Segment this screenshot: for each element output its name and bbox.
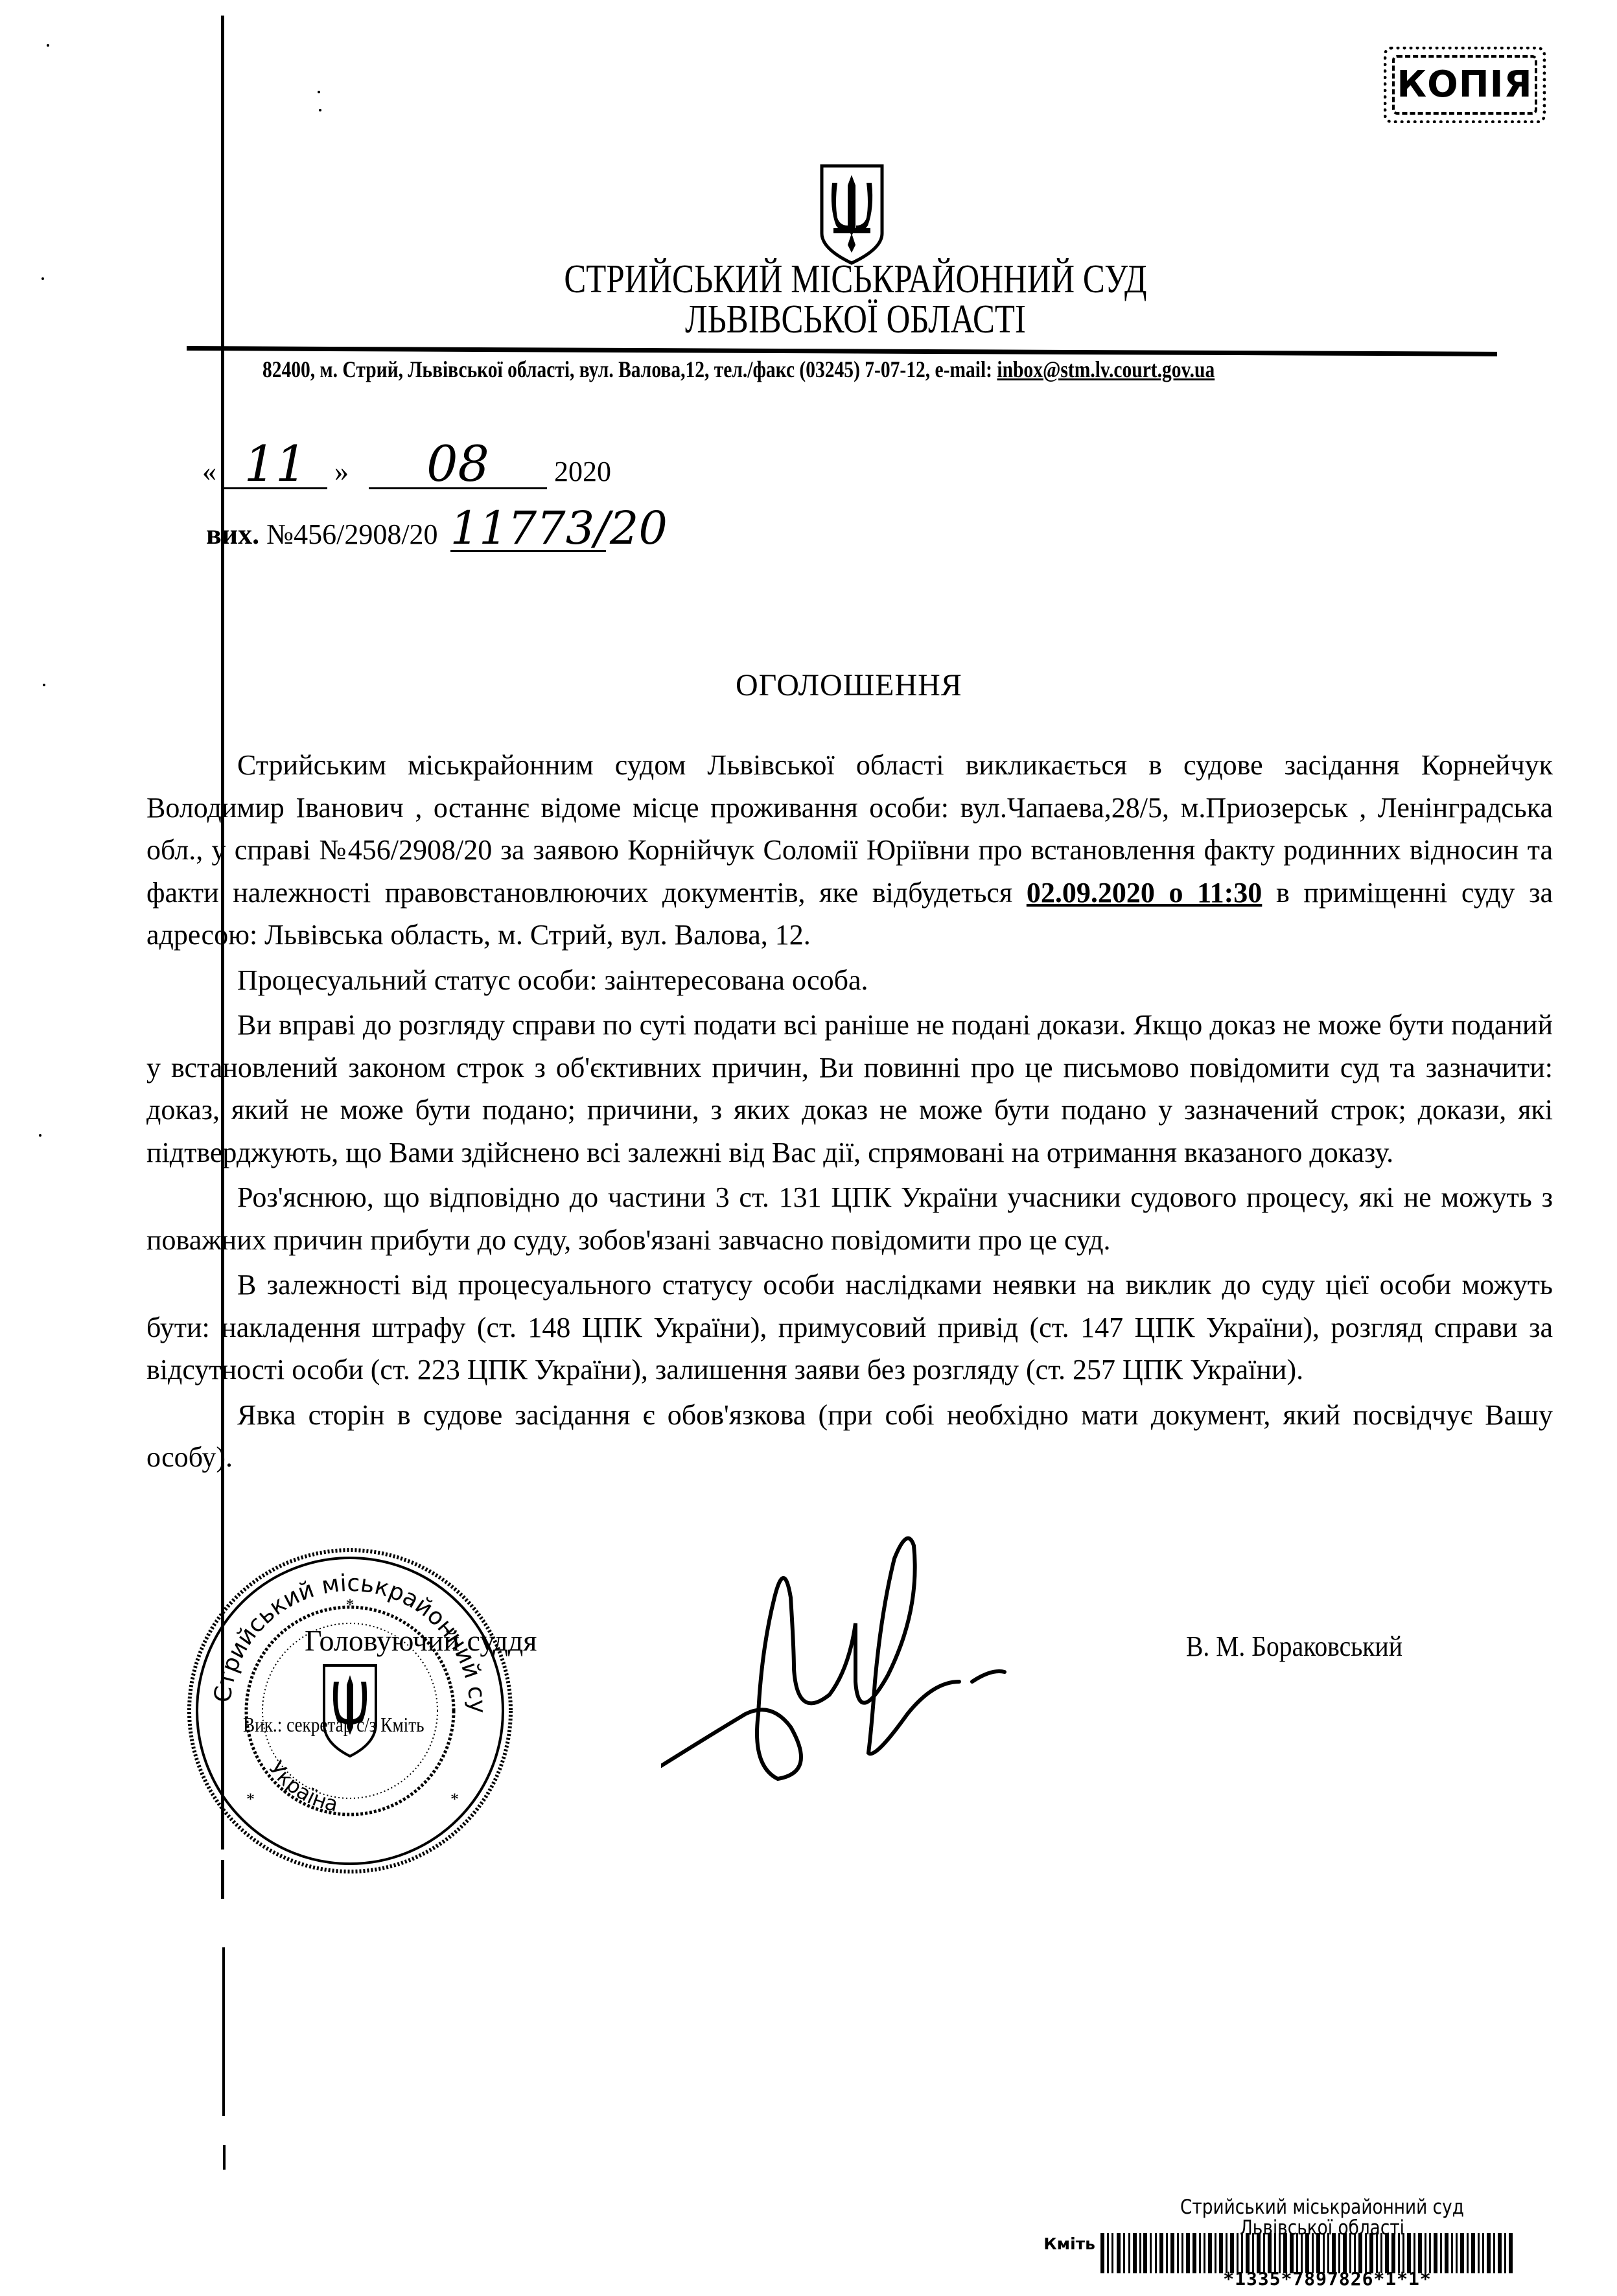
date-close-quote: »	[334, 456, 349, 487]
barcode-org-line1: Стрийський міськрайонний суд	[1179, 2196, 1465, 2219]
document-body: Стрийським міськрайонним судом Львівсько…	[146, 744, 1553, 1479]
date-year: 2020	[554, 456, 611, 487]
court-seal-icon: Стрийський міськрайонний суд Львівської …	[185, 1546, 515, 1876]
barcode-number: *1335*7897826*1*1*	[1165, 2268, 1489, 2290]
svg-text:*: *	[346, 1595, 355, 1614]
email-link[interactable]: inbox@stm.lv.court.gov.ua	[997, 356, 1215, 382]
judge-name: В. М. Бораковський	[1186, 1630, 1402, 1663]
case-number: №456/2908/20	[266, 518, 437, 550]
court-address: 82400, м. Стрий, Львівської області, вул…	[262, 356, 1215, 383]
outgoing-prefix: вих.	[206, 518, 259, 550]
paragraph-explanation: Роз'яснюю, що відповідно до частини 3 ст…	[146, 1176, 1553, 1261]
copy-stamp-text: КОПІЯ	[1397, 67, 1532, 103]
scan-speck	[41, 277, 44, 280]
address-text: 82400, м. Стрий, Львівської області, вул…	[262, 356, 997, 382]
date-line: « 11 » 08 2020	[202, 441, 611, 489]
scan-speck	[39, 1134, 41, 1137]
outgoing-number-line: вих. №456/2908/20 11773/20	[206, 507, 606, 552]
barcode-label: Кміть	[1018, 2234, 1095, 2253]
paragraph-summons: Стрийським міськрайонним судом Львівсько…	[146, 744, 1553, 957]
scan-speck	[318, 91, 320, 93]
paragraph-evidence: Ви вправі до розгляду справи по суті под…	[146, 1004, 1553, 1174]
document-heading: ОГОЛОШЕННЯ	[736, 667, 962, 703]
date-month-handwritten: 08	[369, 441, 547, 489]
margin-line-segment	[222, 1947, 225, 2116]
margin-line-segment	[223, 2145, 226, 2170]
hearing-datetime: 02.09.2020 о 11:30	[1027, 877, 1262, 909]
header-rule	[187, 346, 1497, 356]
scan-speck	[43, 684, 45, 686]
court-name-line1: СТРИЙСЬКИЙ МІСЬКРАЙОННИЙ СУД	[526, 259, 1185, 299]
scan-speck	[319, 109, 321, 111]
barcode-block: Стрийський міськрайонний суд Львівської …	[1018, 2196, 1536, 2296]
judge-signature-icon	[661, 1520, 1063, 1792]
court-name-line2: ЛЬВІВСЬКОЇ ОБЛАСТІ	[526, 299, 1185, 340]
date-day-handwritten: 11	[224, 441, 327, 489]
svg-text:*: *	[450, 1790, 459, 1809]
paragraph-consequences: В залежності від процесуального статусу …	[146, 1264, 1553, 1391]
svg-text:*: *	[246, 1790, 255, 1809]
date-open-quote: «	[202, 456, 216, 487]
svg-text:Україна: Україна	[264, 1756, 340, 1816]
paragraph-status: Процесуальний статус особи: заінтересова…	[146, 959, 1553, 1002]
outgoing-handwritten-number: 11773/20	[450, 507, 606, 552]
copy-stamp: КОПІЯ	[1384, 47, 1546, 123]
barcode-icon	[1100, 2233, 1515, 2273]
scan-speck	[47, 44, 49, 47]
paragraph-attendance: Явка сторін в судове засідання є обов'яз…	[146, 1394, 1553, 1479]
trident-emblem-icon	[818, 163, 886, 266]
